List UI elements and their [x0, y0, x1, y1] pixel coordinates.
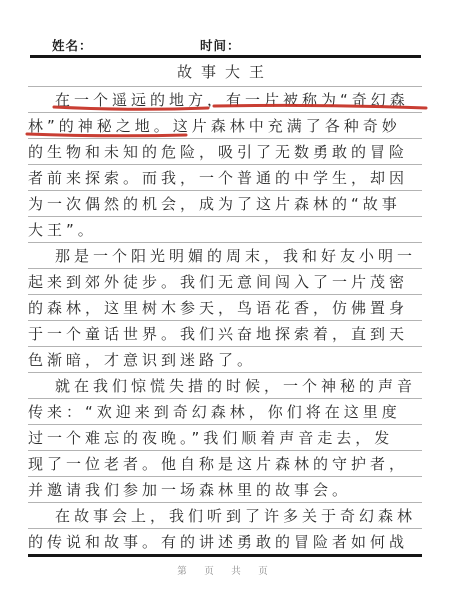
page-footer: 第 页 共 页	[0, 563, 449, 577]
essay-line: 色渐暗，才意识到迷路了。	[28, 347, 422, 373]
essay-line: 在一个遥远的地方，有一片被称为“奇幻森	[28, 87, 422, 113]
essay-page: 姓名： 时间： 故事大王 在一个遥远的地方，有一片被称为“奇幻森 林”的神秘之地…	[0, 0, 449, 600]
essay-title: 故事大王	[28, 59, 422, 87]
essay-line: 大王”。	[28, 217, 422, 243]
top-divider	[30, 55, 421, 58]
essay-line: 起来到郊外徒步。我们无意间闯入了一片茂密	[28, 269, 422, 295]
essay-line: 的森林，这里树木参天，鸟语花香，仿佛置身	[28, 295, 422, 321]
essay-line: 的生物和未知的危险，吸引了无数勇敢的冒险	[28, 139, 422, 165]
name-label: 姓名：	[52, 36, 93, 54]
essay-line: 就在我们惊慌失措的时候，一个神秘的声音	[28, 373, 422, 399]
ruled-sheet: 故事大王 在一个遥远的地方，有一片被称为“奇幻森 林”的神秘之地。这片森林中充满…	[28, 59, 422, 555]
essay-line: 的传说和故事。有的讲述勇敢的冒险者如何战	[28, 529, 422, 555]
essay-line: 林”的神秘之地。这片森林中充满了各种奇妙	[28, 113, 422, 139]
essay-line: 于一个童话世界。我们兴奋地探索着，直到天	[28, 321, 422, 347]
essay-line: 那是一个阳光明媚的周末，我和好友小明一	[28, 243, 422, 269]
essay-line: 为一次偶然的机会，成为了这片森林的“故事	[28, 191, 422, 217]
essay-line: 在故事会上，我们听到了许多关于奇幻森林	[28, 503, 422, 529]
essay-line: 过一个难忘的夜晚。”我们顺着声音走去，发	[28, 425, 422, 451]
essay-line: 者前来探索。而我，一个普通的中学生，却因	[28, 165, 422, 191]
bottom-divider	[28, 554, 422, 557]
essay-line: 传来：“欢迎来到奇幻森林，你们将在这里度	[28, 399, 422, 425]
essay-line: 现了一位老者。他自称是这片森林的守护者，	[28, 451, 422, 477]
time-label: 时间：	[200, 36, 241, 54]
essay-line: 并邀请我们参加一场森林里的故事会。	[28, 477, 422, 503]
